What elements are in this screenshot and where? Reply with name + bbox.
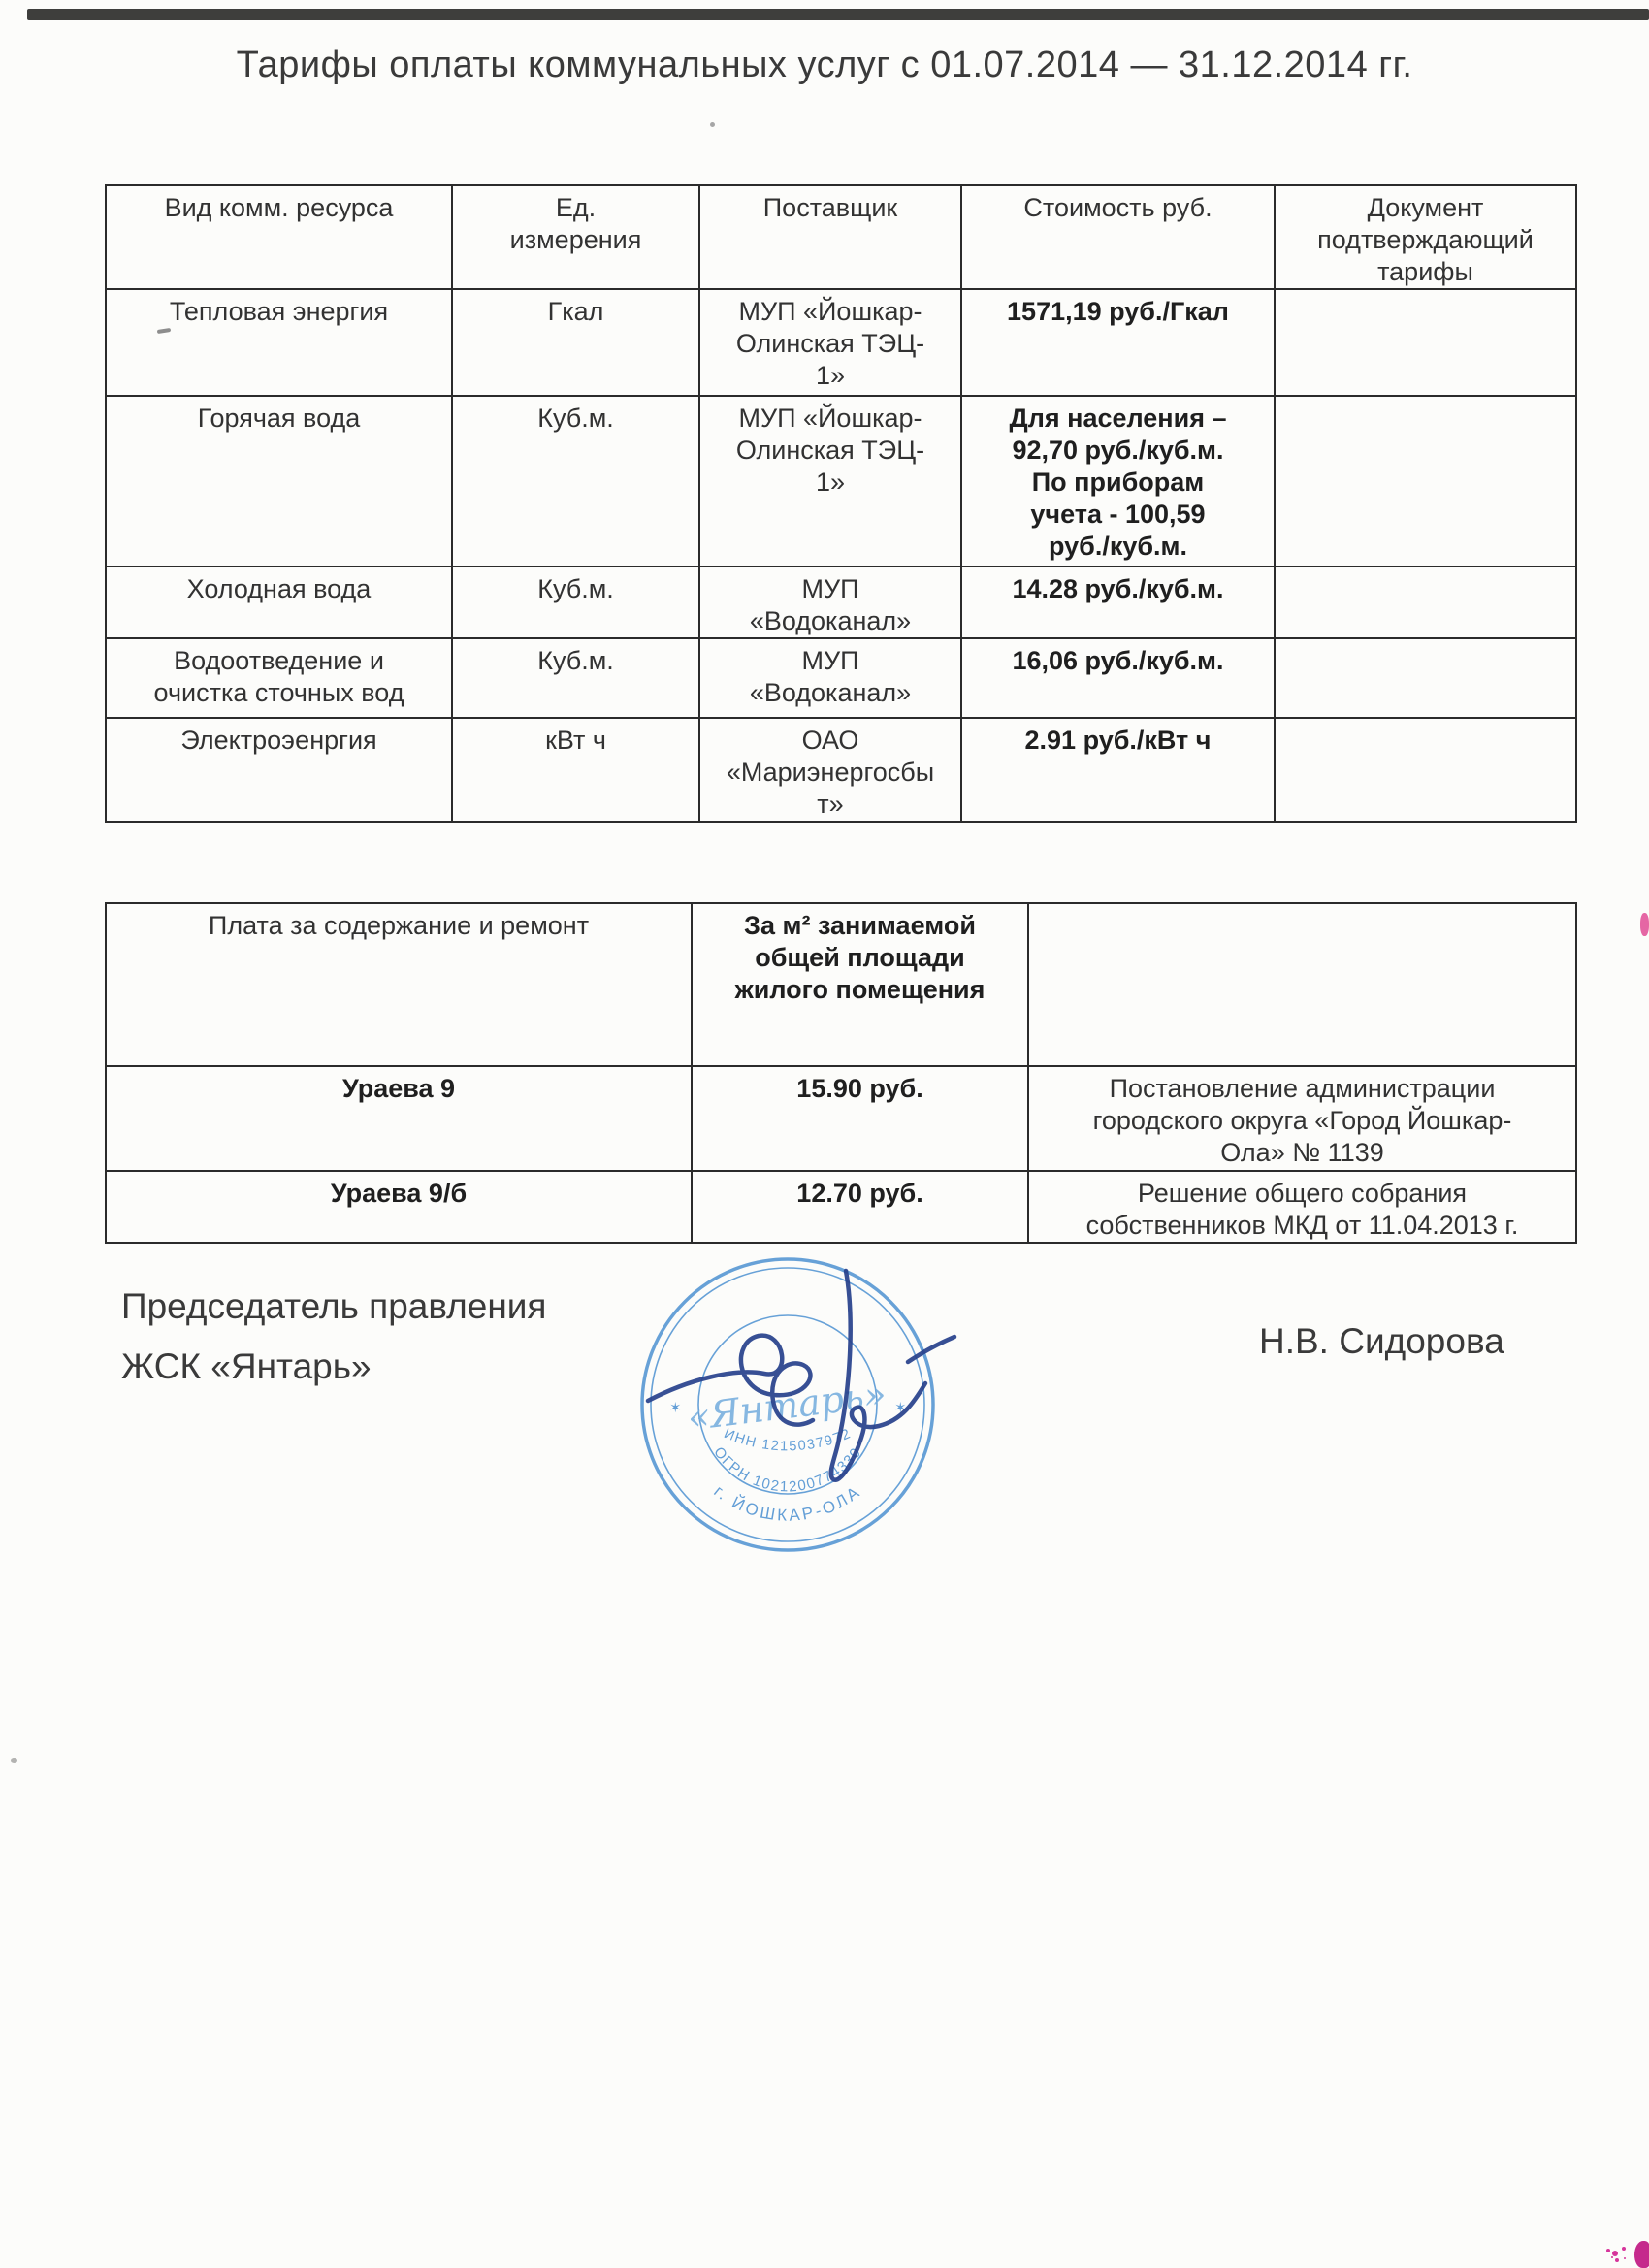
- signer-position-line1: Председатель правления: [121, 1277, 546, 1337]
- cell-document: [1275, 567, 1576, 638]
- signature-title-block: Председатель правления ЖСК «Янтарь»: [121, 1277, 546, 1397]
- cell-unit: Гкал: [452, 289, 699, 396]
- cell-unit: Куб.м.: [452, 396, 699, 567]
- signer-position-line2: ЖСК «Янтарь»: [121, 1337, 546, 1397]
- header-document: [1028, 903, 1576, 1066]
- cell-document: Постановление администрации городского о…: [1028, 1066, 1576, 1171]
- table-row: Ураева 9/б 12.70 руб. Решение общего соб…: [106, 1171, 1576, 1243]
- cell-cost: 1571,19 руб./Гкал: [961, 289, 1275, 396]
- cell-document: [1275, 396, 1576, 567]
- cell-rate: 15.90 руб.: [692, 1066, 1028, 1171]
- table-row: Электроэенргия кВт ч ОАО «Мариэнергосбы …: [106, 718, 1576, 822]
- scan-speck: [710, 122, 715, 127]
- header-resource: Вид комм. ресурса: [106, 185, 452, 289]
- cell-supplier: ОАО «Мариэнергосбы т»: [699, 718, 961, 822]
- cell-cost: 16,06 руб./куб.м.: [961, 638, 1275, 718]
- cell-resource: Горячая вода: [106, 396, 452, 567]
- pink-mark-artifact: [1612, 2251, 1618, 2256]
- cell-building: Ураева 9: [106, 1066, 692, 1171]
- cell-building: Ураева 9/б: [106, 1171, 692, 1243]
- cell-document: [1275, 289, 1576, 396]
- cell-resource: Тепловая энергия: [106, 289, 452, 396]
- cell-resource: Холодная вода: [106, 567, 452, 638]
- stamp-star-left: ✶: [669, 1400, 682, 1416]
- cell-supplier: МУП «Йошкар- Олинская ТЭЦ- 1»: [699, 396, 961, 567]
- cell-document: [1275, 718, 1576, 822]
- scan-edge-artifact: [27, 9, 1649, 20]
- cell-cost: 14.28 руб./куб.м.: [961, 567, 1275, 638]
- table-row: Водоотведение и очистка сточных вод Куб.…: [106, 638, 1576, 718]
- tariff-header-row: Вид комм. ресурса Ед. измерения Поставщи…: [106, 185, 1576, 289]
- table-row: Тепловая энергия Гкал МУП «Йошкар- Олинс…: [106, 289, 1576, 396]
- table-row: Горячая вода Куб.м. МУП «Йошкар- Олинска…: [106, 396, 1576, 567]
- tariff-table: Вид комм. ресурса Ед. измерения Поставщи…: [105, 184, 1577, 823]
- cell-unit: Куб.м.: [452, 567, 699, 638]
- cell-supplier: МУП «Водоканал»: [699, 638, 961, 718]
- header-document: Документ подтверждающий тарифы: [1275, 185, 1576, 289]
- header-cost: Стоимость руб.: [961, 185, 1275, 289]
- maintenance-table: Плата за содержание и ремонт За м² заним…: [105, 902, 1577, 1244]
- cell-cost: 2.91 руб./кВт ч: [961, 718, 1275, 822]
- cell-unit: Куб.м.: [452, 638, 699, 718]
- cell-rate: 12.70 руб.: [692, 1171, 1028, 1243]
- cell-unit: кВт ч: [452, 718, 699, 822]
- page-title: Тарифы оплаты коммунальных услуг с 01.07…: [0, 45, 1649, 86]
- table-row: Холодная вода Куб.м. МУП «Водоканал» 14.…: [106, 567, 1576, 638]
- cell-supplier: МУП «Водоканал»: [699, 567, 961, 638]
- cell-supplier: МУП «Йошкар- Олинская ТЭЦ- 1»: [699, 289, 961, 396]
- cell-cost: Для населения – 92,70 руб./куб.м. По при…: [961, 396, 1275, 567]
- stamp: РОССИЙСКАЯ ФЕДЕРАЦИЯ ✶ РЕСПУБЛИКА МАРИЙ …: [621, 1238, 966, 1575]
- header-maintenance: Плата за содержание и ремонт: [106, 903, 692, 1066]
- cell-resource: Электроэенргия: [106, 718, 452, 822]
- signer-name: Н.В. Сидорова: [1259, 1321, 1504, 1362]
- table-row: Ураева 9 15.90 руб. Постановление админи…: [106, 1066, 1576, 1171]
- cell-document: [1275, 638, 1576, 718]
- header-supplier: Поставщик: [699, 185, 961, 289]
- cell-document: Решение общего собрания собственников МК…: [1028, 1171, 1576, 1243]
- pink-mark-artifact: [1640, 913, 1649, 936]
- maintenance-header-row: Плата за содержание и ремонт За м² заним…: [106, 903, 1576, 1066]
- pink-mark-artifact: [1634, 2241, 1649, 2268]
- header-unit: Ед. измерения: [452, 185, 699, 289]
- scan-speck: [11, 1758, 17, 1763]
- header-rate: За м² занимаемой общей площади жилого по…: [692, 903, 1028, 1066]
- cell-resource: Водоотведение и очистка сточных вод: [106, 638, 452, 718]
